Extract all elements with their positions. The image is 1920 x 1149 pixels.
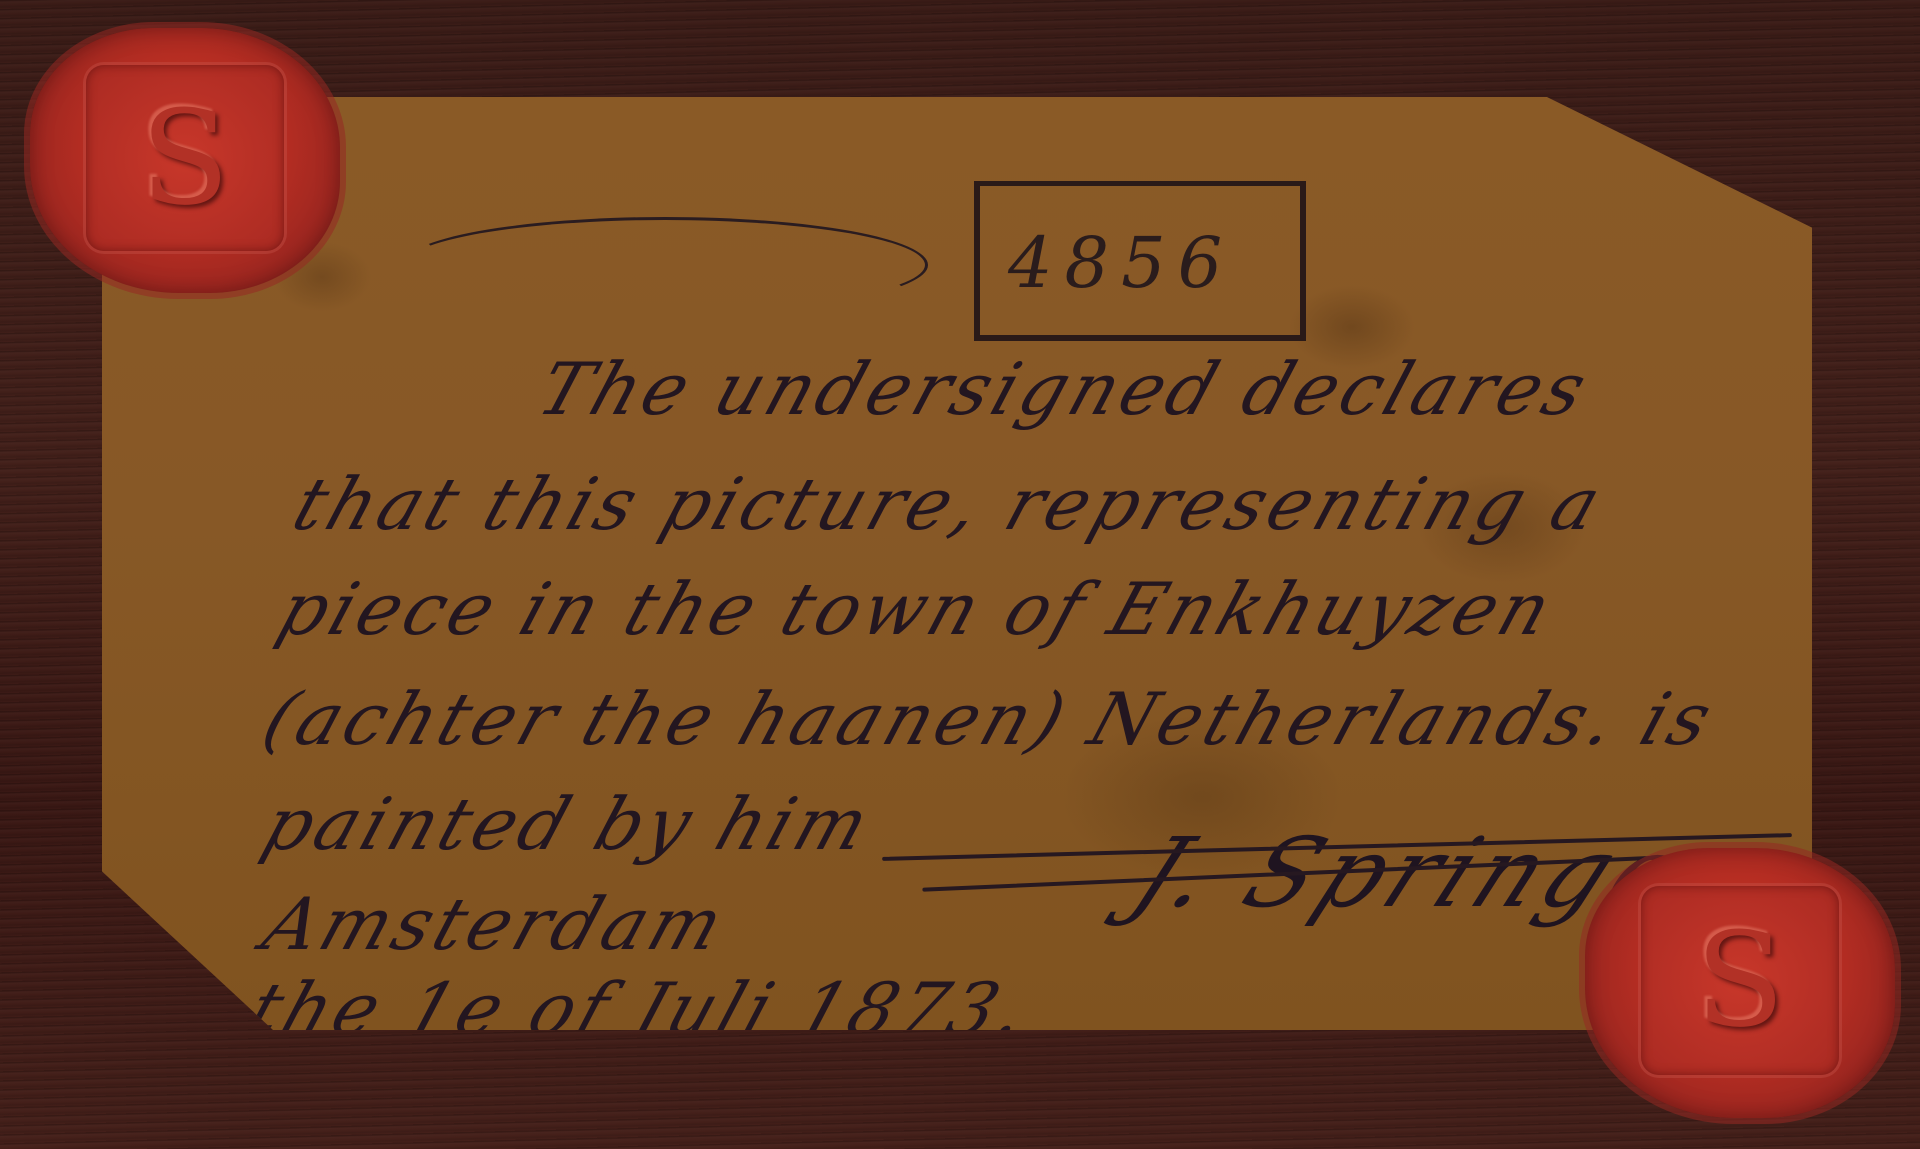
paper-label: 4856 The undersigned declares that this … (102, 97, 1812, 1030)
inventory-number: 4856 (1008, 222, 1234, 304)
seal-monogram-icon: S (1695, 915, 1784, 1045)
text-line-2: that this picture, representing a (283, 462, 1614, 546)
seal-monogram-icon: S (140, 93, 229, 223)
inventory-number-box: 4856 (974, 181, 1306, 341)
text-line-1: The undersigned declares (528, 347, 1600, 431)
text-line-3: piece in the town of Enkhuyzen (268, 567, 1565, 651)
seal-impression: S (86, 65, 284, 251)
text-line-6: Amsterdam (253, 882, 737, 966)
text-line-5: painted by him (253, 782, 883, 866)
wax-seal-bottom-right: S (1585, 848, 1895, 1118)
opening-flourish (402, 217, 928, 313)
wax-seal-top-left: S (30, 28, 340, 293)
seal-impression: S (1641, 886, 1839, 1075)
text-line-4: (achter the haanen) Netherlands. is (253, 677, 1725, 761)
